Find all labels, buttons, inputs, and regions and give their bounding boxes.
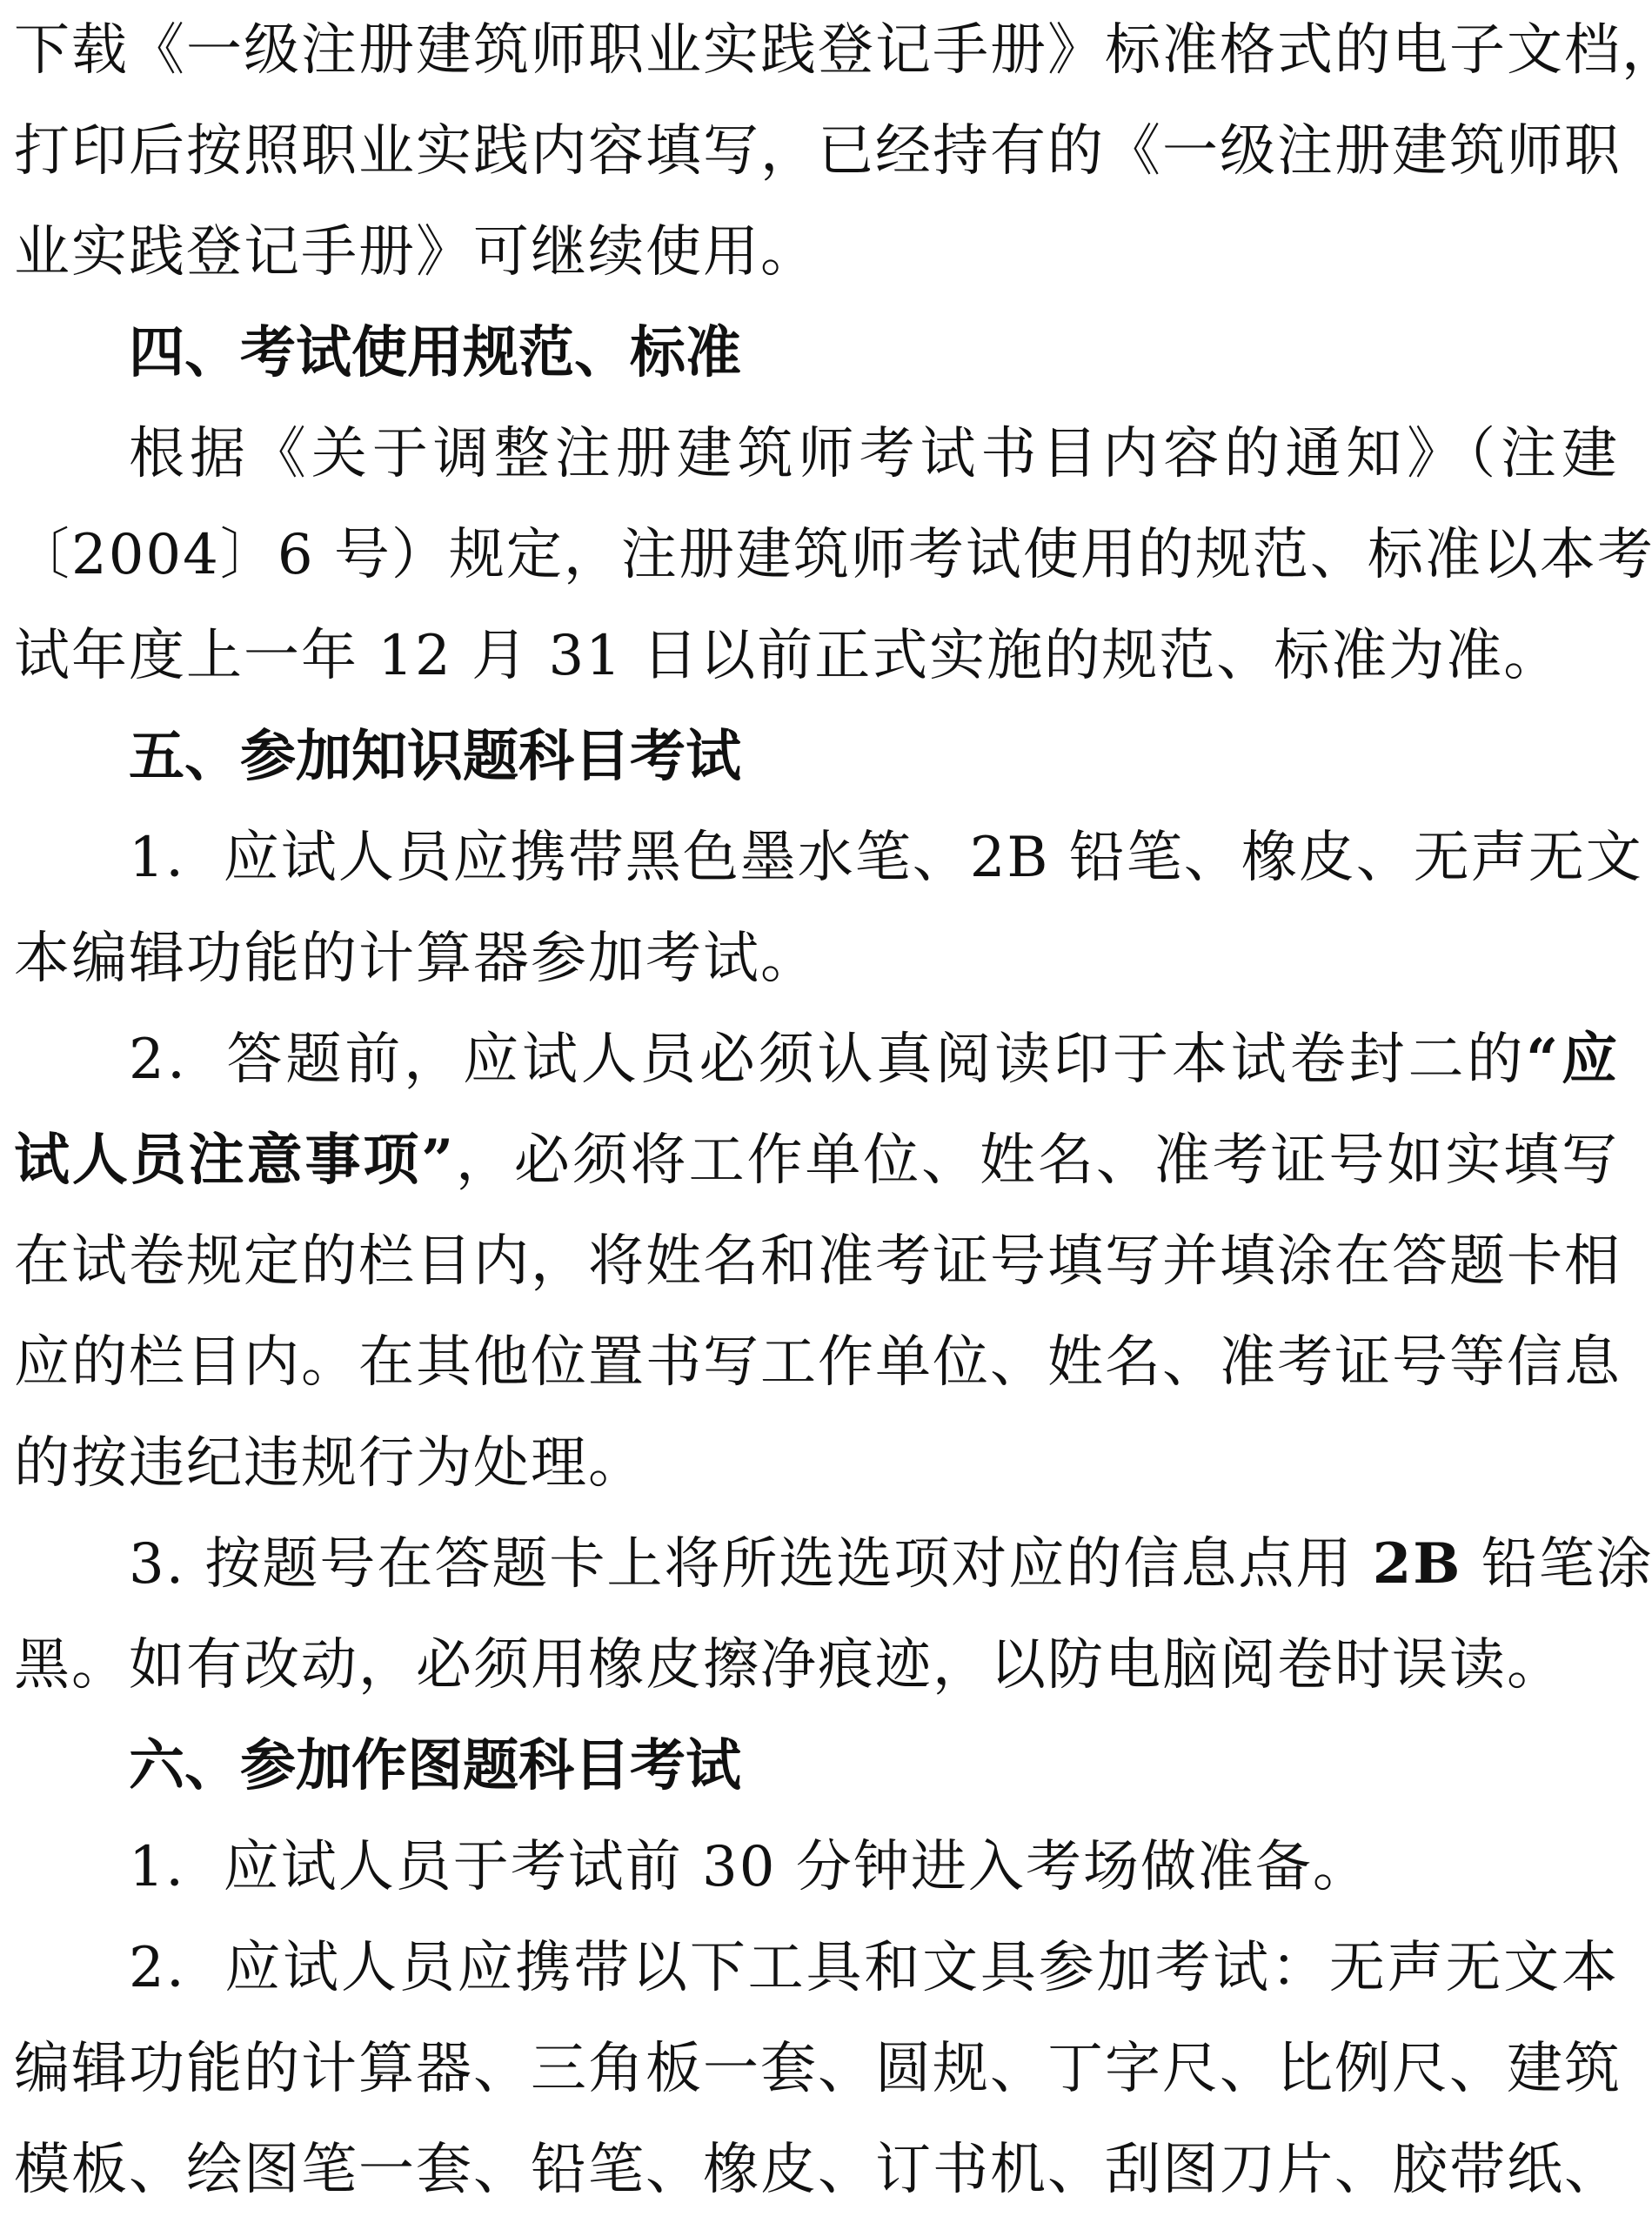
document-page: 下载《一级注册建筑师职业实践登记手册》标准格式的电子文档， 打印后按照职业实践内… bbox=[0, 0, 1652, 2230]
paragraph-line: 试人员注意事项”，必须将工作单位、姓名、准考证号如实填写 bbox=[14, 1110, 1619, 1211]
line-text: 铅笔涂 bbox=[1461, 1532, 1652, 1597]
paragraph-line: 1．应试人员应携带黑色墨水笔、2B 铅笔、橡皮、无声无文 bbox=[129, 807, 1619, 908]
section-heading-6: 六、参加作图题科目考试 bbox=[129, 1716, 1619, 1817]
line-text: 3. 按题号在答题卡上将所选选项对应的信息点用 bbox=[129, 1532, 1373, 1597]
bold-text: 2B bbox=[1373, 1531, 1462, 1597]
paragraph-line: 根据《关于调整注册建筑师考试书目内容的通知》（注建 bbox=[129, 404, 1619, 505]
section-heading-5: 五、参加知识题科目考试 bbox=[129, 707, 1619, 807]
paragraph-line: 编辑功能的计算器、三角板一套、圆规、丁字尺、比例尺、建筑 bbox=[14, 2019, 1619, 2120]
bold-text: 试人员注意事项” bbox=[14, 1128, 455, 1193]
paragraph-line: 2．答题前，应试人员必须认真阅读印于本试卷封二的“应 bbox=[129, 1009, 1619, 1110]
paragraph-line: 打印后按照职业实践内容填写，已经持有的《一级注册建筑师职 bbox=[14, 101, 1619, 202]
paragraph-line: 业实践登记手册》可继续使用。 bbox=[14, 202, 1619, 303]
paragraph-line: 1．应试人员于考试前 30 分钟进入考场做准备。 bbox=[129, 1817, 1619, 1918]
paragraph-line: 应的栏目内。在其他位置书写工作单位、姓名、准考证号等信息 bbox=[14, 1312, 1619, 1413]
paragraph-line: 的按违纪违规行为处理。 bbox=[14, 1413, 1619, 1514]
paragraph-line: 试年度上一年 12 月 31 日以前正式实施的规范、标准为准。 bbox=[14, 606, 1619, 707]
paragraph-line: 黑。如有改动，必须用橡皮擦净痕迹，以防电脑阅卷时误读。 bbox=[14, 1615, 1619, 1716]
line-text: 2．答题前，应试人员必须认真阅读印于本试卷封二的 bbox=[129, 1028, 1526, 1092]
paragraph-line: 模板、绘图笔一套、铅笔、橡皮、订书机、刮图刀片、胶带纸、 bbox=[14, 2120, 1619, 2220]
paragraph-line: 本编辑功能的计算器参加考试。 bbox=[14, 908, 1619, 1009]
paragraph-line: 〔2004〕6 号）规定，注册建筑师考试使用的规范、标准以本考 bbox=[14, 505, 1619, 606]
section-heading-4: 四、考试使用规范、标准 bbox=[129, 303, 1619, 404]
line-text: ，必须将工作单位、姓名、准考证号如实填写 bbox=[455, 1128, 1619, 1193]
paragraph-line: 下载《一级注册建筑师职业实践登记手册》标准格式的电子文档， bbox=[14, 0, 1619, 101]
paragraph-line: 在试卷规定的栏目内，将姓名和准考证号填写并填涂在答题卡相 bbox=[14, 1211, 1619, 1312]
bold-text: “应 bbox=[1526, 1027, 1619, 1092]
paragraph-line: 2．应试人员应携带以下工具和文具参加考试：无声无文本 bbox=[129, 1918, 1619, 2019]
paragraph-line: 3. 按题号在答题卡上将所选选项对应的信息点用 2B 铅笔涂 bbox=[129, 1514, 1619, 1615]
